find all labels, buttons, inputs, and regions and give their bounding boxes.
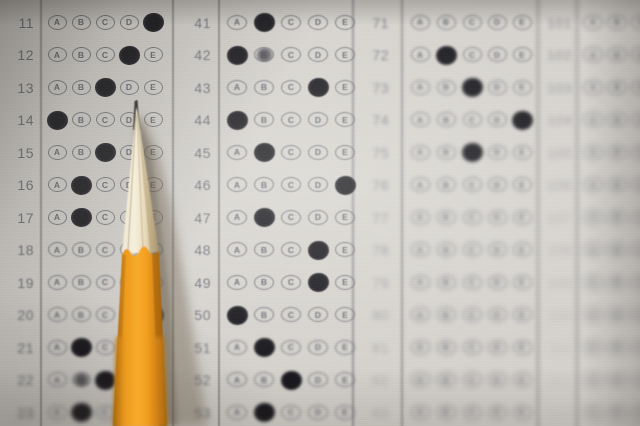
question-row: 12ABCDE [0, 39, 180, 72]
question-row: 75ABCDE [356, 137, 536, 170]
answer-bubble-a: A [411, 177, 430, 192]
answer-bubble-e: E [335, 15, 355, 30]
question-row: 74ABCDE [356, 104, 536, 137]
answer-bubble-d: D [308, 145, 328, 160]
question-row: 104ABC [538, 104, 640, 137]
answer-bubble-c: C [281, 307, 301, 322]
answer-bubble-e: E [513, 145, 532, 160]
answer-bubble-b: B [437, 340, 456, 355]
answer-bubble-e: E [335, 47, 355, 62]
question-number: 17 [0, 202, 34, 235]
answer-bubble-c: C [281, 242, 301, 257]
question-row: 106ABC [538, 169, 640, 202]
answer-bubble-e: E [513, 242, 532, 257]
answer-bubble-d: D [488, 275, 507, 290]
question-row: 78ABCDE [356, 234, 536, 267]
answer-bubble-a: A [583, 275, 603, 290]
question-number: 78 [356, 234, 389, 267]
question-row: 72ABCDE [356, 39, 536, 72]
question-row: 102ABC [538, 39, 640, 72]
answer-bubble-b: B [607, 405, 627, 420]
filled-answer-mark [281, 371, 302, 390]
answer-bubble-a: A [583, 405, 603, 420]
answer-bubble-c: C [631, 47, 640, 62]
question-row: 73ABCDE [356, 72, 536, 105]
pencil-body-out-of-focus [113, 337, 167, 426]
question-number: 101 [538, 7, 572, 40]
answer-bubble-a: A [411, 210, 430, 225]
answer-bubble-a: A [583, 145, 603, 160]
answer-bubble-a: A [227, 15, 247, 30]
answer-bubble-a: A [48, 145, 67, 160]
answer-bubble-e: E [513, 15, 532, 30]
answer-bubble-c: C [463, 112, 482, 127]
answer-bubble-a: A [583, 15, 603, 30]
answer-bubble-a: A [48, 242, 67, 257]
answer-bubble-a: A [48, 80, 67, 95]
answer-bubble-d: D [488, 112, 507, 127]
answer-bubble-a: A [48, 340, 67, 355]
answer-bubble-b: B [437, 372, 456, 387]
answer-bubble-a: A [48, 405, 67, 420]
question-number: 79 [356, 267, 389, 300]
partial-top-row: ABC [538, 0, 640, 7]
answer-bubble-e: E [335, 112, 355, 127]
answer-bubble-b: B [437, 145, 456, 160]
question-number: 41 [176, 7, 211, 40]
answer-bubble-a: A [411, 112, 430, 127]
question-row: 77ABCDE [356, 202, 536, 235]
answer-bubble-a: A [583, 340, 603, 355]
answer-bubble-a: A [48, 15, 67, 30]
answer-bubble-a: A [411, 47, 430, 62]
answer-bubble-b: B [607, 307, 627, 322]
answer-bubble-b: B [607, 47, 627, 62]
answer-bubble-c: C [631, 275, 640, 290]
question-number: 15 [0, 137, 34, 170]
answer-bubble-c: C [463, 275, 482, 290]
answer-bubble-a: A [411, 80, 430, 95]
question-number: 107 [538, 202, 572, 235]
answer-bubble-a: A [411, 275, 430, 290]
question-number: 111 [538, 332, 572, 365]
question-number: 14 [0, 104, 34, 137]
answer-bubble-c: C [463, 242, 482, 257]
answer-bubble-a: A [48, 210, 67, 225]
question-number: 73 [356, 72, 389, 105]
answer-bubble-e: E [144, 47, 163, 62]
answer-bubble-c: C [631, 372, 640, 387]
answer-bubble-a: A [48, 275, 67, 290]
answer-bubble-c: C [463, 372, 482, 387]
answer-bubble-b: B [607, 112, 627, 127]
answer-bubble-a: A [583, 307, 603, 322]
question-number: 106 [538, 169, 572, 202]
answer-bubble-a: A [48, 307, 67, 322]
question-number: 81 [356, 332, 389, 365]
answer-bubble-c: C [281, 210, 301, 225]
answer-bubble-b: B [607, 80, 627, 95]
filled-answer-mark [47, 111, 68, 130]
answer-bubble-b: B [437, 242, 456, 257]
question-number: 16 [0, 169, 34, 202]
answer-bubble-a: A [583, 372, 603, 387]
question-number: 22 [0, 364, 34, 397]
answer-bubble-c: C [281, 405, 301, 420]
filled-answer-mark [335, 176, 356, 195]
filled-answer-mark [436, 46, 457, 65]
filled-answer-mark [462, 78, 483, 97]
answer-bubble-e: E [513, 405, 532, 420]
answer-bubble-a: A [411, 15, 430, 30]
question-number: 20 [0, 299, 34, 332]
question-row: 76ABCDE [356, 169, 536, 202]
partial-top-row: ABCDE [356, 0, 536, 7]
question-number: 108 [538, 234, 572, 267]
answer-bubble-d: D [308, 372, 328, 387]
answer-bubble-a: A [583, 242, 603, 257]
answer-bubble-b: B [607, 242, 627, 257]
answer-bubble-c: C [281, 15, 301, 30]
answer-bubble-c: C [281, 80, 301, 95]
answer-bubble-e: E [335, 307, 355, 322]
answer-bubble-e: E [513, 210, 532, 225]
question-row: 79ABCDE [356, 267, 536, 300]
answer-bubble-a: A [48, 372, 67, 387]
answer-bubble-b: B [607, 177, 627, 192]
answer-bubble-d: D [488, 177, 507, 192]
answer-bubble-b: B [437, 275, 456, 290]
filled-answer-mark [227, 46, 248, 65]
filled-answer-mark [119, 46, 140, 65]
answer-bubble-d: D [488, 47, 507, 62]
filled-answer-mark [308, 273, 329, 292]
answer-bubble-c: C [463, 177, 482, 192]
answer-bubble-b: B [437, 112, 456, 127]
answer-bubble-c: C [631, 15, 640, 30]
answer-bubble-d: D [488, 372, 507, 387]
question-row: 107ABC [538, 202, 640, 235]
answer-bubble-a: A [411, 242, 430, 257]
question-row: 82ABCDE [356, 364, 536, 397]
answer-bubble-c: C [631, 340, 640, 355]
filled-answer-mark [308, 241, 329, 260]
answer-bubble-d: D [488, 210, 507, 225]
answer-bubble-c: C [281, 177, 301, 192]
answer-bubble-a: A [583, 80, 603, 95]
answer-bubble-e: E [335, 372, 355, 387]
partial-top-row: ABCDE [0, 0, 180, 7]
filled-answer-mark [512, 111, 533, 130]
answer-bubble-a: A [583, 47, 603, 62]
question-number: 103 [538, 72, 572, 105]
answer-bubble-d: D [488, 405, 507, 420]
question-row: 11ABCDE [0, 7, 180, 40]
answer-bubble-d: D [488, 80, 507, 95]
answer-bubble-c: C [463, 405, 482, 420]
question-row: 71ABCDE [356, 7, 536, 40]
answer-bubble-e: E [513, 177, 532, 192]
answer-bubble-b: B [607, 145, 627, 160]
question-row: 41ABCDE [176, 7, 356, 40]
question-number: 83 [356, 397, 389, 426]
filled-answer-mark [254, 13, 275, 32]
answer-bubble-e: E [513, 47, 532, 62]
answer-bubble-c: C [281, 47, 301, 62]
answer-bubble-e: E [513, 340, 532, 355]
question-number: 71 [356, 7, 389, 40]
answer-bubble-e: E [513, 275, 532, 290]
question-number: 80 [356, 299, 389, 332]
answer-bubble-d: D [308, 112, 328, 127]
answer-bubble-c: C [463, 340, 482, 355]
question-row: 110ABC [538, 299, 640, 332]
question-row: 111ABC [538, 332, 640, 365]
question-number: 42 [176, 39, 211, 72]
question-number: 72 [356, 39, 389, 72]
answer-bubble-a: A [411, 307, 430, 322]
question-number: 13 [0, 72, 34, 105]
answer-bubble-c: C [281, 275, 301, 290]
question-number: 76 [356, 169, 389, 202]
answer-bubble-c: C [463, 15, 482, 30]
answer-bubble-c: C [631, 210, 640, 225]
question-number: 23 [0, 397, 34, 426]
answer-bubble-a: A [411, 405, 430, 420]
question-number: 112 [538, 364, 572, 397]
question-number: 113 [538, 397, 572, 426]
answer-bubble-e: E [513, 307, 532, 322]
answer-bubble-a: A [48, 177, 67, 192]
question-number: 11 [0, 7, 34, 40]
erased-answer-smudge [256, 48, 273, 62]
question-number: 19 [0, 267, 34, 300]
photo-of-answer-sheet: 11ABCDE12ABCDE13ABCDE14ABCDE15ABCDE16ABC… [0, 0, 640, 426]
answer-bubble-b: B [607, 340, 627, 355]
question-number: 75 [356, 137, 389, 170]
answer-bubble-a: A [411, 340, 430, 355]
answer-bubble-e: E [335, 80, 355, 95]
answer-bubble-e: E [335, 145, 355, 160]
pencil [80, 92, 260, 426]
question-number: 109 [538, 267, 572, 300]
answer-bubble-a: A [583, 112, 603, 127]
answer-bubble-c: C [96, 15, 115, 30]
question-number: 110 [538, 299, 572, 332]
question-number: 82 [356, 364, 389, 397]
question-row: 101ABC [538, 7, 640, 40]
answer-bubble-a: A [583, 210, 603, 225]
answer-bubble-c: C [281, 145, 301, 160]
answer-bubble-e: E [335, 340, 355, 355]
answer-bubble-c: C [281, 112, 301, 127]
answer-bubble-d: D [308, 405, 328, 420]
answer-bubble-c: C [631, 112, 640, 127]
answer-bubble-d: D [120, 15, 139, 30]
answer-bubble-a: A [48, 47, 67, 62]
answer-bubble-b: B [437, 80, 456, 95]
answer-bubble-d: D [308, 307, 328, 322]
question-number: 105 [538, 137, 572, 170]
answer-bubble-c: C [96, 47, 115, 62]
answer-bubble-e: E [335, 210, 355, 225]
filled-answer-mark [143, 13, 164, 32]
question-number: 77 [356, 202, 389, 235]
filled-answer-mark [308, 78, 329, 97]
answer-bubble-a: A [411, 145, 430, 160]
answer-bubble-c: C [463, 47, 482, 62]
answer-bubble-b: B [607, 275, 627, 290]
answer-bubble-d: D [308, 177, 328, 192]
answer-bubble-b: B [607, 372, 627, 387]
answer-bubble-b: B [437, 15, 456, 30]
answer-bubble-a: A [583, 177, 603, 192]
answer-bubble-e: E [513, 372, 532, 387]
answer-bubble-c: C [463, 210, 482, 225]
question-number: 104 [538, 104, 572, 137]
question-row: 109ABC [538, 267, 640, 300]
answer-bubble-d: D [488, 340, 507, 355]
partial-top-row: ABCDE [176, 0, 356, 7]
answer-bubble-d: D [308, 15, 328, 30]
answer-bubble-a: A [411, 372, 430, 387]
answer-bubble-e: E [335, 242, 355, 257]
answer-bubble-b: B [72, 47, 91, 62]
answer-bubble-d: D [488, 15, 507, 30]
answer-bubble-d: D [308, 340, 328, 355]
question-row: 103ABC [538, 72, 640, 105]
question-row: 108ABC [538, 234, 640, 267]
question-row: 42ABCDE [176, 39, 356, 72]
question-number: 21 [0, 332, 34, 365]
answer-bubble-b: B [437, 210, 456, 225]
answer-bubble-b: B [607, 210, 627, 225]
answer-bubble-c: C [631, 405, 640, 420]
answer-bubble-b: B [72, 15, 91, 30]
answer-bubble-b: B [437, 177, 456, 192]
answer-bubble-c: C [631, 242, 640, 257]
question-row: 80ABCDE [356, 299, 536, 332]
answer-bubble-e: E [513, 80, 532, 95]
question-row: 83ABCDE [356, 397, 536, 426]
answer-bubble-c: C [463, 307, 482, 322]
answer-bubble-b: B [437, 405, 456, 420]
question-number: 102 [538, 39, 572, 72]
answer-bubble-d: D [308, 47, 328, 62]
answer-bubble-d: D [488, 242, 507, 257]
answer-bubble-c: C [631, 80, 640, 95]
answer-bubble-d: D [488, 307, 507, 322]
filled-answer-mark [462, 143, 483, 162]
answer-bubble-d: D [308, 210, 328, 225]
question-row: 113ABC [538, 397, 640, 426]
question-row: 112ABC [538, 364, 640, 397]
question-number: 12 [0, 39, 34, 72]
answer-bubble-c: C [631, 145, 640, 160]
answer-bubble-d: D [488, 145, 507, 160]
question-number: 74 [356, 104, 389, 137]
question-number: 18 [0, 234, 34, 267]
question-row: 81ABCDE [356, 332, 536, 365]
question-row: 105ABC [538, 137, 640, 170]
answer-bubble-e: E [335, 405, 355, 420]
answer-bubble-c: C [631, 177, 640, 192]
answer-bubble-e: E [335, 275, 355, 290]
answer-bubble-b: B [437, 307, 456, 322]
answer-bubble-b: B [607, 15, 627, 30]
answer-bubble-c: C [281, 340, 301, 355]
answer-bubble-c: C [631, 307, 640, 322]
